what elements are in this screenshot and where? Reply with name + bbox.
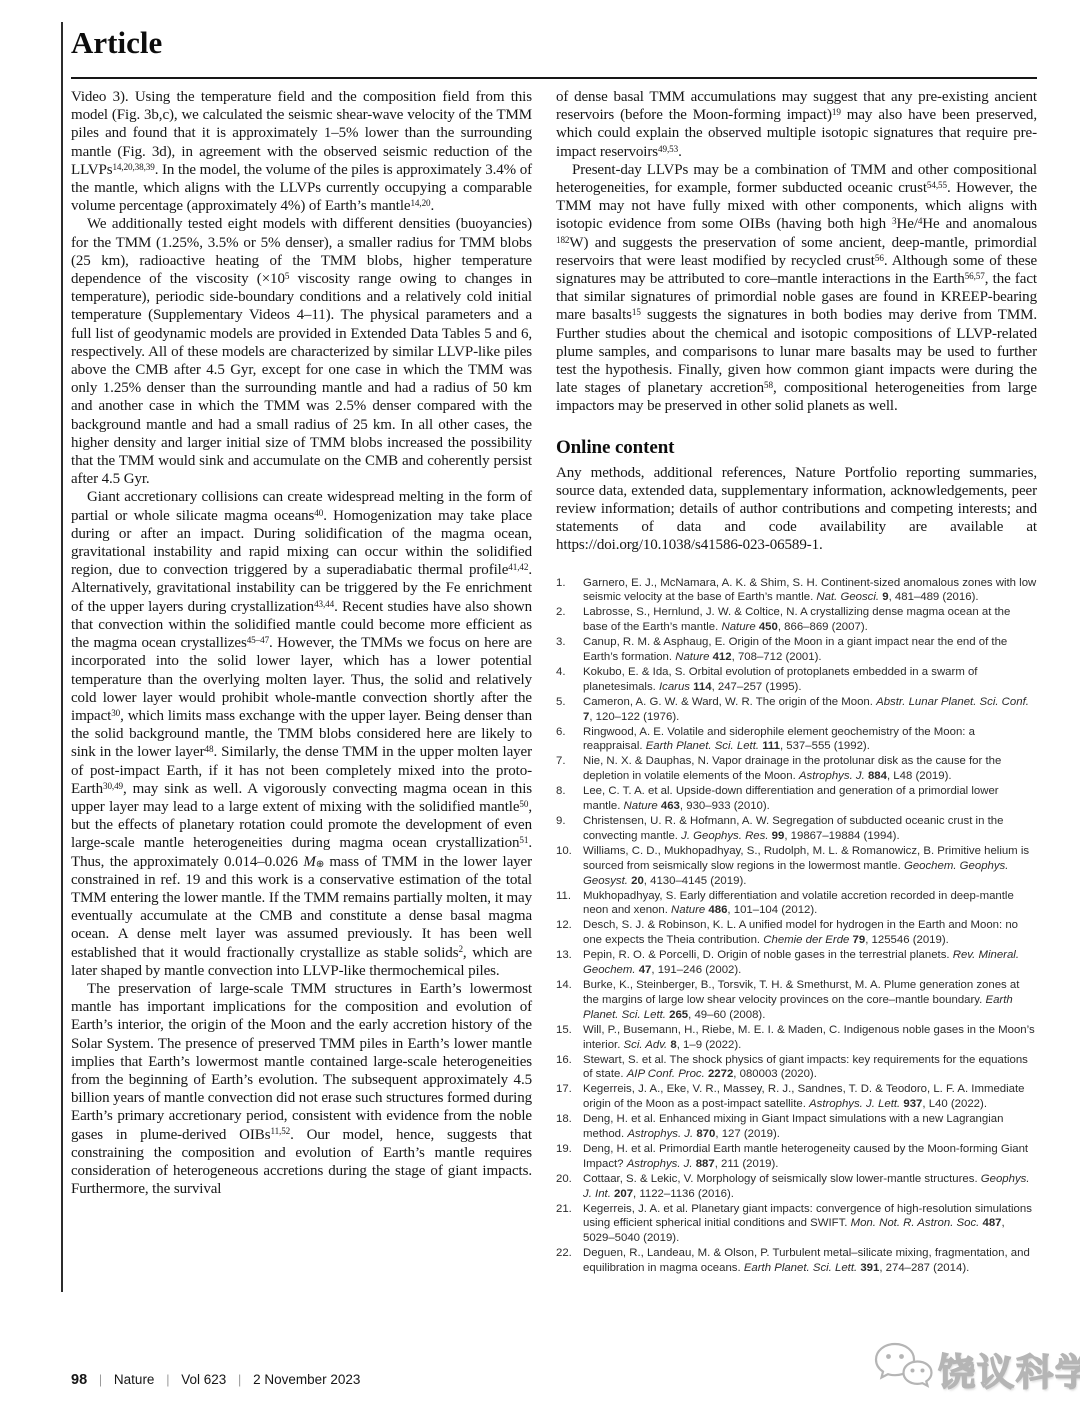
reference-text: Lee, C. T. A. et al. Upside-down differe… [583,784,1037,814]
reference-item: 16.Stewart, S. et al. The shock physics … [556,1053,1037,1083]
reference-text: Burke, K., Steinberger, B., Torsvik, T. … [583,978,1037,1023]
reference-text: Canup, R. M. & Asphaug, E. Origin of the… [583,635,1037,665]
left-column: Video 3). Using the temperature field an… [71,88,532,1198]
reference-number: 22. [556,1246,583,1276]
footer-separator: | [99,1373,102,1387]
reference-item: 9.Christensen, U. R. & Hofmann, A. W. Se… [556,814,1037,844]
reference-text: Deng, H. et al. Primordial Earth mantle … [583,1142,1037,1172]
watermark-text: 饶议科学 [938,1342,1080,1396]
watermark: 饶议科学 [872,1340,1080,1397]
reference-text: Williams, C. D., Mukhopadhyay, S., Rudol… [583,844,1037,889]
reference-item: 20.Cottaar, S. & Lekic, V. Morphology of… [556,1172,1037,1202]
reference-number: 19. [556,1142,583,1172]
body-paragraph: We additionally tested eight models with… [71,215,532,488]
issue-date: 2 November 2023 [253,1372,360,1387]
reference-number: 9. [556,814,583,844]
reference-text: Garnero, E. J., McNamara, A. K. & Shim, … [583,576,1037,606]
reference-number: 17. [556,1082,583,1112]
reference-item: 21.Kegerreis, J. A. et al. Planetary gia… [556,1202,1037,1247]
article-label: Article [71,26,162,60]
reference-text: Ringwood, A. E. Volatile and siderophile… [583,725,1037,755]
reference-number: 8. [556,784,583,814]
reference-text: Kegerreis, J. A., Eke, V. R., Massey, R.… [583,1082,1037,1112]
reference-text: Will, P., Busemann, H., Riebe, M. E. I. … [583,1023,1037,1053]
reference-text: Nie, N. X. & Dauphas, N. Vapor drainage … [583,754,1037,784]
reference-item: 19.Deng, H. et al. Primordial Earth mant… [556,1142,1037,1172]
online-content-heading: Online content [556,437,1037,459]
footer-separator: | [166,1373,169,1387]
reference-number: 11. [556,889,583,919]
reference-item: 12.Desch, S. J. & Robinson, K. L. A unif… [556,918,1037,948]
reference-text: Cottaar, S. & Lekic, V. Morphology of se… [583,1172,1037,1202]
body-paragraph: Giant accretionary collisions can create… [71,488,532,979]
reference-number: 14. [556,978,583,1023]
reference-number: 21. [556,1202,583,1247]
reference-number: 3. [556,635,583,665]
reference-item: 4.Kokubo, E. & Ida, S. Orbital evolution… [556,665,1037,695]
reference-item: 2.Labrosse, S., Hernlund, J. W. & Coltic… [556,605,1037,635]
article-page: Article Video 3). Using the temperature … [0,0,1080,1415]
reference-item: 13.Pepin, R. O. & Porcelli, D. Origin of… [556,948,1037,978]
body-paragraph: of dense basal TMM accumulations may sug… [556,88,1037,161]
reference-text: Pepin, R. O. & Porcelli, D. Origin of no… [583,948,1037,978]
reference-text: Deguen, R., Landeau, M. & Olson, P. Turb… [583,1246,1037,1276]
reference-item: 10.Williams, C. D., Mukhopadhyay, S., Ru… [556,844,1037,889]
body-paragraph: Present-day LLVPs may be a combination o… [556,161,1037,416]
reference-text: Kokubo, E. & Ida, S. Orbital evolution o… [583,665,1037,695]
page-left-edge-line [61,22,63,1292]
reference-text: Christensen, U. R. & Hofmann, A. W. Segr… [583,814,1037,844]
reference-text: Desch, S. J. & Robinson, K. L. A unified… [583,918,1037,948]
reference-number: 6. [556,725,583,755]
wechat-icon [872,1340,934,1397]
reference-item: 3.Canup, R. M. & Asphaug, E. Origin of t… [556,635,1037,665]
reference-item: 1.Garnero, E. J., McNamara, A. K. & Shim… [556,576,1037,606]
reference-number: 2. [556,605,583,635]
reference-text: Deng, H. et al. Enhanced mixing in Giant… [583,1112,1037,1142]
page-footer: 98 | Nature | Vol 623 | 2 November 2023 [71,1372,360,1388]
reference-item: 14.Burke, K., Steinberger, B., Torsvik, … [556,978,1037,1023]
reference-item: 15.Will, P., Busemann, H., Riebe, M. E. … [556,1023,1037,1053]
reference-item: 22.Deguen, R., Landeau, M. & Olson, P. T… [556,1246,1037,1276]
reference-number: 16. [556,1053,583,1083]
reference-item: 7.Nie, N. X. & Dauphas, N. Vapor drainag… [556,754,1037,784]
header-rule [71,77,1037,79]
reference-number: 18. [556,1112,583,1142]
body-paragraph: The preservation of large-scale TMM stru… [71,980,532,1198]
references-list: 1.Garnero, E. J., McNamara, A. K. & Shim… [556,576,1037,1277]
reference-item: 17.Kegerreis, J. A., Eke, V. R., Massey,… [556,1082,1037,1112]
reference-item: 6.Ringwood, A. E. Volatile and siderophi… [556,725,1037,755]
reference-number: 1. [556,576,583,606]
reference-number: 5. [556,695,583,725]
reference-text: Kegerreis, J. A. et al. Planetary giant … [583,1202,1037,1247]
journal-name: Nature [114,1372,155,1387]
page-number: 98 [71,1372,87,1388]
right-column: of dense basal TMM accumulations may sug… [556,88,1037,1276]
online-content-paragraph: Any methods, additional references, Natu… [556,464,1037,555]
reference-text: Labrosse, S., Hernlund, J. W. & Coltice,… [583,605,1037,635]
right-column-body: of dense basal TMM accumulations may sug… [556,88,1037,416]
reference-number: 12. [556,918,583,948]
journal-volume: Vol 623 [181,1372,226,1387]
reference-number: 10. [556,844,583,889]
reference-number: 13. [556,948,583,978]
reference-item: 5.Cameron, A. G. W. & Ward, W. R. The or… [556,695,1037,725]
reference-number: 4. [556,665,583,695]
reference-text: Mukhopadhyay, S. Early differentiation a… [583,889,1037,919]
reference-text: Cameron, A. G. W. & Ward, W. R. The orig… [583,695,1037,725]
reference-item: 18.Deng, H. et al. Enhanced mixing in Gi… [556,1112,1037,1142]
reference-item: 11.Mukhopadhyay, S. Early differentiatio… [556,889,1037,919]
reference-number: 7. [556,754,583,784]
reference-item: 8.Lee, C. T. A. et al. Upside-down diffe… [556,784,1037,814]
footer-separator: | [238,1373,241,1387]
reference-text: Stewart, S. et al. The shock physics of … [583,1053,1037,1083]
body-paragraph: Video 3). Using the temperature field an… [71,88,532,215]
reference-number: 15. [556,1023,583,1053]
reference-number: 20. [556,1172,583,1202]
